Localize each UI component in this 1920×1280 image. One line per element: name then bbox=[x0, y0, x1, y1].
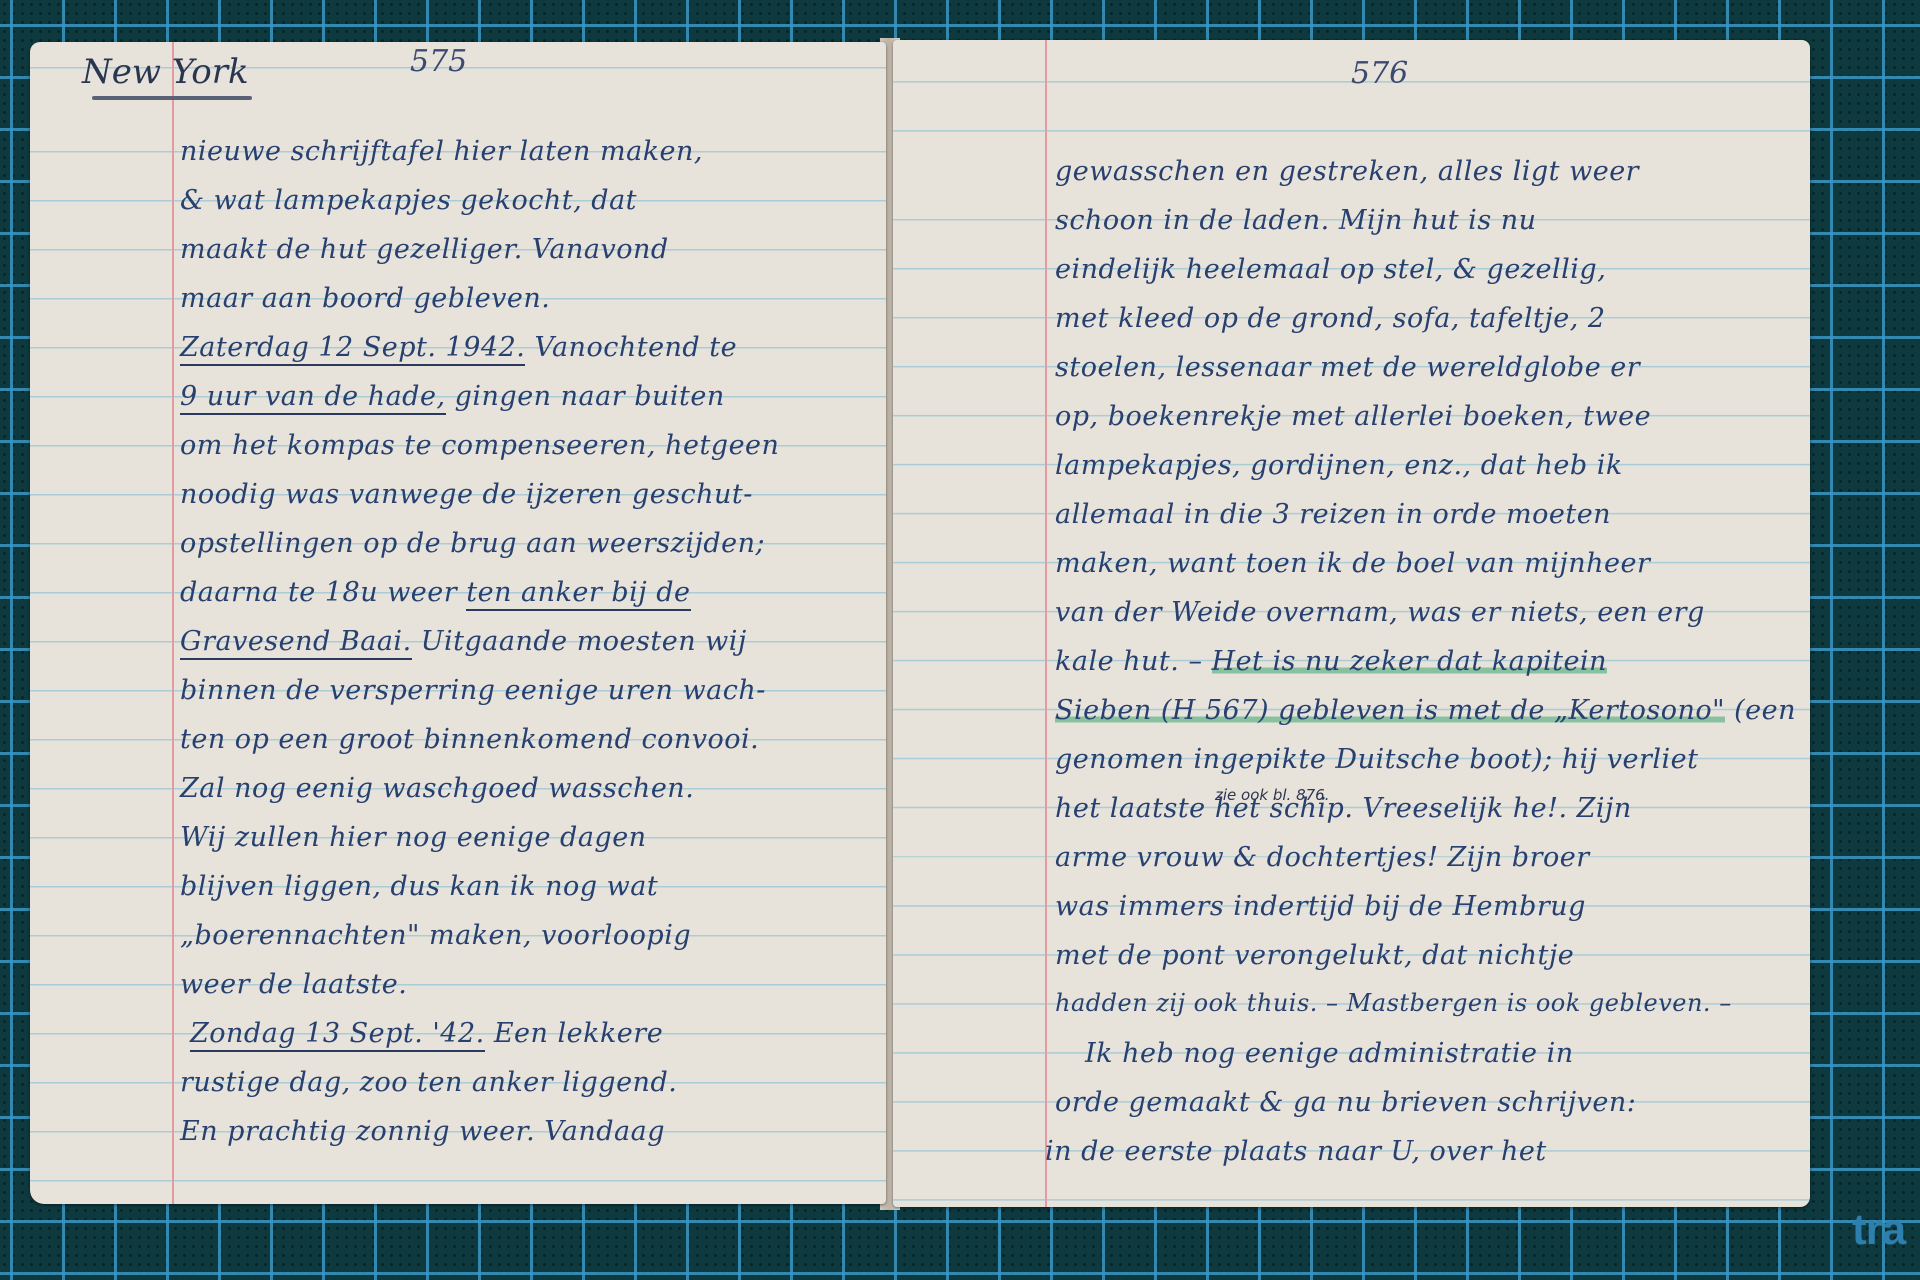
text-line: orde gemaakt & ga nu brieven schrijven: bbox=[1055, 1087, 1636, 1118]
left-page-margin-line bbox=[172, 42, 174, 1204]
text-line: lampekapjes, gordijnen, enz., dat heb ik bbox=[1055, 450, 1623, 481]
right-page-margin-line bbox=[1045, 40, 1047, 1207]
text-line: stoelen, lessenaar met de wereldglobe er bbox=[1055, 352, 1640, 383]
text-line: maken, want toen ik de boel van mijnheer bbox=[1055, 548, 1650, 579]
green-highlight: Het is nu zeker dat kapitein bbox=[1212, 646, 1607, 677]
date-heading: Zondag 13 Sept. '42. bbox=[190, 1018, 485, 1052]
cutting-mat-logo: tra bbox=[1852, 1205, 1905, 1255]
text-line: noodig was vanwege de ijzeren geschut- bbox=[180, 479, 753, 510]
text-line: allemaal in die 3 reizen in orde moeten bbox=[1055, 499, 1611, 530]
text-line: „boerennachten" maken, voorloopig bbox=[180, 920, 691, 951]
text-line: maakt de hut gezelliger. Vanavond bbox=[180, 234, 669, 265]
page-number-right: 576 bbox=[1351, 56, 1408, 91]
text-line: & wat lampekapjes gekocht, dat bbox=[180, 185, 637, 216]
text-line: kale hut. – Het is nu zeker dat kapitein bbox=[1055, 646, 1607, 677]
location-header-underline bbox=[92, 96, 252, 100]
text-line: rustige dag, zoo ten anker liggend. bbox=[180, 1067, 677, 1098]
text-line: het laatste het schip. Vreeselijk he!. Z… bbox=[1055, 793, 1632, 824]
text-line: met de pont verongelukt, dat nichtje bbox=[1055, 940, 1574, 971]
text-line: daarna te 18u weer ten anker bij de bbox=[180, 577, 691, 608]
page-number-left: 575 bbox=[410, 44, 467, 79]
text-line-date-entry: Zaterdag 12 Sept. 1942. Vanochtend te bbox=[180, 332, 737, 363]
text-line: in de eerste plaats naar U, over het bbox=[1045, 1136, 1547, 1167]
date-heading: Zaterdag 12 Sept. 1942. bbox=[180, 332, 525, 366]
text-line: opstellingen op de brug aan weerszijden; bbox=[180, 528, 765, 559]
text-line-date-entry: Zondag 13 Sept. '42. Een lekkere bbox=[190, 1018, 663, 1049]
text-line: ten op een groot binnenkomend convooi. bbox=[180, 724, 759, 755]
text-line: was immers indertijd bij de Hembrug bbox=[1055, 891, 1586, 922]
text-line: gewasschen en gestreken, alles ligt weer bbox=[1055, 156, 1639, 187]
text-line: nieuwe schrijftafel hier laten maken, bbox=[180, 136, 703, 167]
text-line: binnen de versperring eenige uren wach- bbox=[180, 675, 766, 706]
green-highlight: Sieben (H 567) gebleven is met de „Kerto… bbox=[1055, 695, 1725, 726]
text-line: Ik heb nog eenige administratie in bbox=[1085, 1038, 1574, 1069]
text-line: met kleed op de grond, sofa, tafeltje, 2 bbox=[1055, 303, 1606, 334]
text-line: eindelijk heelemaal op stel, & gezellig, bbox=[1055, 254, 1606, 285]
text-line: blijven liggen, dus kan ik nog wat bbox=[180, 871, 658, 902]
text-line: hadden zij ook thuis. – Mastbergen is oo… bbox=[1055, 989, 1732, 1017]
text-line: weer de laatste. bbox=[180, 969, 407, 1000]
text-line: arme vrouw & dochtertjes! Zijn broer bbox=[1055, 842, 1590, 873]
location-header: New York bbox=[82, 52, 249, 92]
text-line: En prachtig zonnig weer. Vandaag bbox=[180, 1116, 665, 1147]
left-page: New York 575 nieuwe schrijftafel hier la… bbox=[30, 42, 886, 1204]
text-line: Sieben (H 567) gebleven is met de „Kerto… bbox=[1055, 695, 1796, 726]
text-line: van der Weide overnam, was er niets, een… bbox=[1055, 597, 1705, 628]
text-line: Wij zullen hier nog eenige dagen bbox=[180, 822, 647, 853]
text-line: Zal nog eenig waschgoed wasschen. bbox=[180, 773, 694, 804]
right-page: 576 gewasschen en gestreken, alles ligt … bbox=[893, 40, 1810, 1207]
text-line: Gravesend Baai. Uitgaande moesten wij bbox=[180, 626, 747, 657]
text-line: 9 uur van de hade, gingen naar buiten bbox=[180, 381, 725, 412]
text-line: om het kompas te compenseeren, hetgeen bbox=[180, 430, 779, 461]
text-line: maar aan boord gebleven. bbox=[180, 283, 550, 314]
text-line: genomen ingepikte Duitsche boot); hij ve… bbox=[1055, 744, 1698, 775]
text-line: op, boekenrekje met allerlei boeken, twe… bbox=[1055, 401, 1651, 432]
text-line: schoon in de laden. Mijn hut is nu bbox=[1055, 205, 1537, 236]
